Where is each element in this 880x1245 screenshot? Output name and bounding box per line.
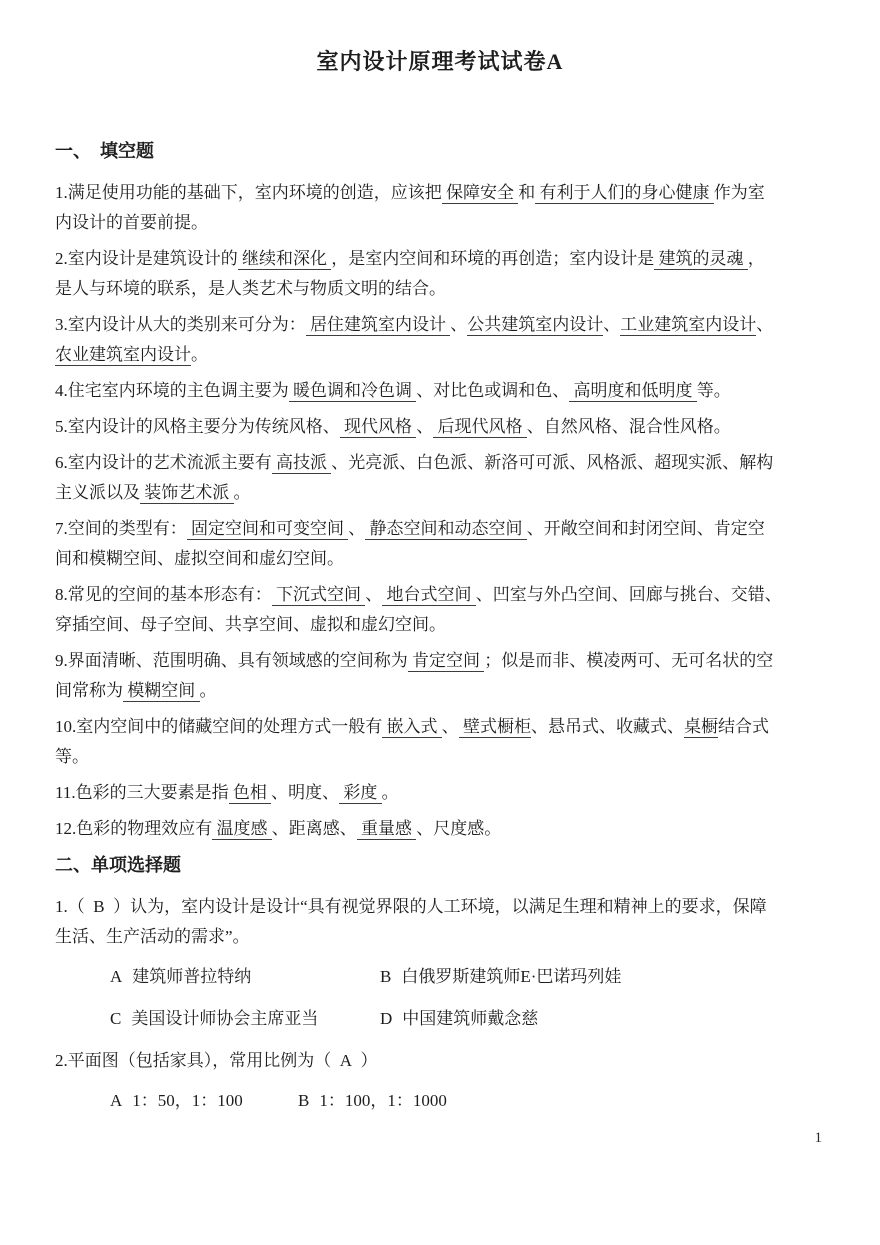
answer-blank: 桌橱: [684, 717, 718, 738]
question-text: 2.平面图（包括家具），常用比例为（ A ）: [55, 1051, 378, 1070]
option-A: A1：50，1：100: [110, 1086, 298, 1116]
answer-blank: 建筑的灵魂: [654, 249, 748, 270]
question-text: 生活、生产活动的需求”。: [55, 927, 250, 946]
answer-blank: 暖色调和冷色调: [289, 381, 417, 402]
section-heading-single-choice: 二、单项选择题: [55, 850, 825, 880]
question-text: 4.住宅室内环境的主色调主要为: [55, 381, 289, 400]
question-text: 、明度、: [271, 783, 339, 802]
question-text: ，: [748, 249, 765, 268]
answer-blank: 装饰艺术派: [140, 483, 234, 504]
option-row: A建筑师普拉特纳B白俄罗斯建筑师E·巴诺玛列娃: [110, 962, 825, 992]
question-line: 主义派以及 装饰艺术派 。: [55, 478, 825, 508]
question-text: 3.室内设计从大的类别来可分为：: [55, 315, 306, 334]
question-line: 9.界面清晰、范围明确、具有领域感的空间称为 肯定空间 ；似是而非、模凌两可、无…: [55, 646, 825, 676]
question-text: 6.室内设计的艺术流派主要有: [55, 453, 272, 472]
question-text: 、: [365, 585, 382, 604]
question-text: 、自然风格、混合性风格。: [527, 417, 731, 436]
question-text: 、悬吊式、收藏式、: [531, 717, 684, 736]
question: 6.室内设计的艺术流派主要有 高技派 、光亮派、白色派、新洛可可派、风格派、超现…: [55, 448, 825, 508]
answer-blank: 后现代风格: [433, 417, 527, 438]
question-line: 等。: [55, 742, 825, 772]
option-text: 1：100，1：1000: [319, 1091, 447, 1110]
option-B: B白俄罗斯建筑师E·巴诺玛列娃: [380, 962, 621, 992]
option-row: A1：50，1：100B1：100，1：1000: [110, 1086, 825, 1116]
answer-blank: 有利于人们的身心健康: [535, 183, 714, 204]
question-line: 生活、生产活动的需求”。: [55, 922, 825, 952]
answer-blank: 温度感: [212, 819, 272, 840]
question-line: 2.平面图（包括家具），常用比例为（ A ）: [55, 1046, 825, 1076]
option-B: B1：100，1：1000: [298, 1086, 447, 1116]
answer-blank: 固定空间和可变空间: [187, 519, 349, 540]
question: 5.室内设计的风格主要分为传统风格、 现代风格 、 后现代风格 、自然风格、混合…: [55, 412, 825, 442]
answer-blank: 嵌入式: [382, 717, 442, 738]
question: 3.室内设计从大的类别来可分为： 居住建筑室内设计 、公共建筑室内设计、工业建筑…: [55, 310, 825, 370]
question-text: 、尺度感。: [416, 819, 501, 838]
question-text: 间和模糊空间、虚拟空间和虚幻空间。: [55, 549, 344, 568]
question-line: 6.室内设计的艺术流派主要有 高技派 、光亮派、白色派、新洛可可派、风格派、超现…: [55, 448, 825, 478]
option-row: C美国设计师协会主席亚当D中国建筑师戴念慈: [110, 1004, 825, 1034]
question-line: 3.室内设计从大的类别来可分为： 居住建筑室内设计 、公共建筑室内设计、工业建筑…: [55, 310, 825, 340]
question-text: 等。: [697, 381, 731, 400]
question: 1.满足使用功能的基础下，室内环境的创造，应该把 保障安全 和 有利于人们的身心…: [55, 178, 825, 238]
answer-blank: 高技派: [272, 453, 332, 474]
question-line: 间常称为 模糊空间 。: [55, 676, 825, 706]
question-text: 、对比色或调和色、: [416, 381, 569, 400]
answer-blank: 公共建筑室内设计: [467, 315, 603, 336]
question-line: 8.常见的空间的基本形态有： 下沉式空间 、 地台式空间 、凹室与外凸空间、回廊…: [55, 580, 825, 610]
answer-blank: 继续和深化: [238, 249, 332, 270]
answer-blank: 农业建筑室内设计: [55, 345, 191, 366]
option-C: C美国设计师协会主席亚当: [110, 1004, 380, 1034]
question-text: 穿插空间、母子空间、共享空间、虚拟和虚幻空间。: [55, 615, 446, 634]
question-text: 和: [518, 183, 535, 202]
page-number: 1: [815, 1130, 823, 1147]
answer-blank: 高明度和低明度: [569, 381, 697, 402]
question-text: 主义派以及: [55, 483, 140, 502]
question-text: 。: [234, 483, 251, 502]
answer-blank: 下沉式空间: [272, 585, 366, 606]
question: 9.界面清晰、范围明确、具有领域感的空间称为 肯定空间 ；似是而非、模凌两可、无…: [55, 646, 825, 706]
question: 1.（ B ）认为，室内设计是设计“具有视觉界限的人工环境，以满足生理和精神上的…: [55, 892, 825, 1034]
question-line: 12.色彩的物理效应有 温度感 、距离感、 重量感 、尺度感。: [55, 814, 825, 844]
question-line: 4.住宅室内环境的主色调主要为 暖色调和冷色调 、对比色或调和色、 高明度和低明…: [55, 376, 825, 406]
question-text: 2.室内设计是建筑设计的: [55, 249, 238, 268]
option-label: A: [110, 1086, 122, 1116]
option-text: 1：50，1：100: [132, 1091, 243, 1110]
question-text: 、: [603, 315, 620, 334]
option-text: 白俄罗斯建筑师E·巴诺玛列娃: [401, 967, 621, 986]
question-text: 、: [416, 417, 433, 436]
question-line: 5.室内设计的风格主要分为传统风格、 现代风格 、 后现代风格 、自然风格、混合…: [55, 412, 825, 442]
answer-blank: 居住建筑室内设计: [306, 315, 451, 336]
option-label: C: [110, 1004, 121, 1034]
question-line: 2.室内设计是建筑设计的 继续和深化 ，是室内空间和环境的再创造；室内设计是 建…: [55, 244, 825, 274]
answer-blank: 保障安全: [442, 183, 519, 204]
question-text: 等。: [55, 747, 89, 766]
question-line: 农业建筑室内设计。: [55, 340, 825, 370]
question-text: 内设计的首要前提。: [55, 213, 208, 232]
answer-blank: 地台式空间: [382, 585, 476, 606]
option-D: D中国建筑师戴念慈: [380, 1004, 538, 1034]
question-text: 1.（ B ）认为，室内设计是设计“具有视觉界限的人工环境，以满足生理和精神上的…: [55, 897, 767, 916]
option-label: A: [110, 962, 122, 992]
question-text: 。: [382, 783, 399, 802]
question-text: 、光亮派、白色派、新洛可可派、风格派、超现实派、解构: [331, 453, 773, 472]
question-text: 、凹室与外凸空间、回廊与挑台、交错、: [476, 585, 782, 604]
question-text: 作为室: [714, 183, 765, 202]
question-text: ，是室内空间和环境的再创造；室内设计是: [331, 249, 654, 268]
question-text: 。: [191, 345, 208, 364]
answer-blank: 彩度: [339, 783, 382, 804]
question-text: 是人与环境的联系，是人类艺术与物质文明的结合。: [55, 279, 446, 298]
exam-page: 室内设计原理考试试卷A 一、 填空题1.满足使用功能的基础下，室内环境的创造，应…: [0, 0, 880, 1245]
answer-blank: 静态空间和动态空间: [365, 519, 527, 540]
answer-blank: 色相: [229, 783, 272, 804]
question-line: 间和模糊空间、虚拟空间和虚幻空间。: [55, 544, 825, 574]
section-fill-in-blanks: 一、 填空题1.满足使用功能的基础下，室内环境的创造，应该把 保障安全 和 有利…: [55, 136, 825, 844]
section-heading-fill-in-blanks: 一、 填空题: [55, 136, 825, 166]
question: 12.色彩的物理效应有 温度感 、距离感、 重量感 、尺度感。: [55, 814, 825, 844]
question: 7.空间的类型有： 固定空间和可变空间 、 静态空间和动态空间 、开敞空间和封闭…: [55, 514, 825, 574]
question-text: 、开敞空间和封闭空间、肯定空: [527, 519, 765, 538]
option-A: A建筑师普拉特纳: [110, 962, 380, 992]
answer-blank: 重量感: [357, 819, 417, 840]
question: 2.室内设计是建筑设计的 继续和深化 ，是室内空间和环境的再创造；室内设计是 建…: [55, 244, 825, 304]
answer-blank: 模糊空间: [123, 681, 200, 702]
answer-blank: 现代风格: [340, 417, 417, 438]
question-text: 间常称为: [55, 681, 123, 700]
option-label: D: [380, 1004, 392, 1034]
option-text: 建筑师普拉特纳: [132, 967, 251, 986]
answer-blank: 肯定空间: [408, 651, 485, 672]
question-text: 7.空间的类型有：: [55, 519, 187, 538]
question-text: 结合式: [718, 717, 769, 736]
question-text: 、距离感、: [272, 819, 357, 838]
answer-blank: 壁式橱柜: [459, 717, 531, 738]
question-text: 、: [442, 717, 459, 736]
question-text: 、: [450, 315, 467, 334]
question: 8.常见的空间的基本形态有： 下沉式空间 、 地台式空间 、凹室与外凸空间、回廊…: [55, 580, 825, 640]
question-line: 穿插空间、母子空间、共享空间、虚拟和虚幻空间。: [55, 610, 825, 640]
question: 2.平面图（包括家具），常用比例为（ A ）A1：50，1：100B1：100，…: [55, 1046, 825, 1116]
question-text: 、: [756, 315, 773, 334]
question-text: 11.色彩的三大要素是指: [55, 783, 229, 802]
question-text: 10.室内空间中的储藏空间的处理方式一般有: [55, 717, 382, 736]
question-text: 9.界面清晰、范围明确、具有领域感的空间称为: [55, 651, 408, 670]
question-line: 1.满足使用功能的基础下，室内环境的创造，应该把 保障安全 和 有利于人们的身心…: [55, 178, 825, 208]
question-line: 11.色彩的三大要素是指 色相 、明度、 彩度 。: [55, 778, 825, 808]
option-label: B: [298, 1086, 309, 1116]
question-text: 。: [200, 681, 217, 700]
page-title: 室内设计原理考试试卷A: [55, 46, 825, 78]
question-line: 10.室内空间中的储藏空间的处理方式一般有 嵌入式 、 壁式橱柜、悬吊式、收藏式…: [55, 712, 825, 742]
exam-content: 一、 填空题1.满足使用功能的基础下，室内环境的创造，应该把 保障安全 和 有利…: [55, 136, 825, 1116]
question-text: 12.色彩的物理效应有: [55, 819, 212, 838]
question-line: 内设计的首要前提。: [55, 208, 825, 238]
question-text: 5.室内设计的风格主要分为传统风格、: [55, 417, 340, 436]
question-line: 7.空间的类型有： 固定空间和可变空间 、 静态空间和动态空间 、开敞空间和封闭…: [55, 514, 825, 544]
question-line: 1.（ B ）认为，室内设计是设计“具有视觉界限的人工环境，以满足生理和精神上的…: [55, 892, 825, 922]
option-text: 美国设计师协会主席亚当: [131, 1009, 318, 1028]
option-text: 中国建筑师戴念慈: [402, 1009, 538, 1028]
question: 11.色彩的三大要素是指 色相 、明度、 彩度 。: [55, 778, 825, 808]
question-text: ；似是而非、模凌两可、无可名状的空: [484, 651, 773, 670]
question: 4.住宅室内环境的主色调主要为 暖色调和冷色调 、对比色或调和色、 高明度和低明…: [55, 376, 825, 406]
question: 10.室内空间中的储藏空间的处理方式一般有 嵌入式 、 壁式橱柜、悬吊式、收藏式…: [55, 712, 825, 772]
question-text: 、: [348, 519, 365, 538]
question-line: 是人与环境的联系，是人类艺术与物质文明的结合。: [55, 274, 825, 304]
option-label: B: [380, 962, 391, 992]
answer-blank: 工业建筑室内设计: [620, 315, 756, 336]
section-single-choice: 二、单项选择题1.（ B ）认为，室内设计是设计“具有视觉界限的人工环境，以满足…: [55, 850, 825, 1116]
question-text: 8.常见的空间的基本形态有：: [55, 585, 272, 604]
question-text: 1.满足使用功能的基础下，室内环境的创造，应该把: [55, 183, 442, 202]
